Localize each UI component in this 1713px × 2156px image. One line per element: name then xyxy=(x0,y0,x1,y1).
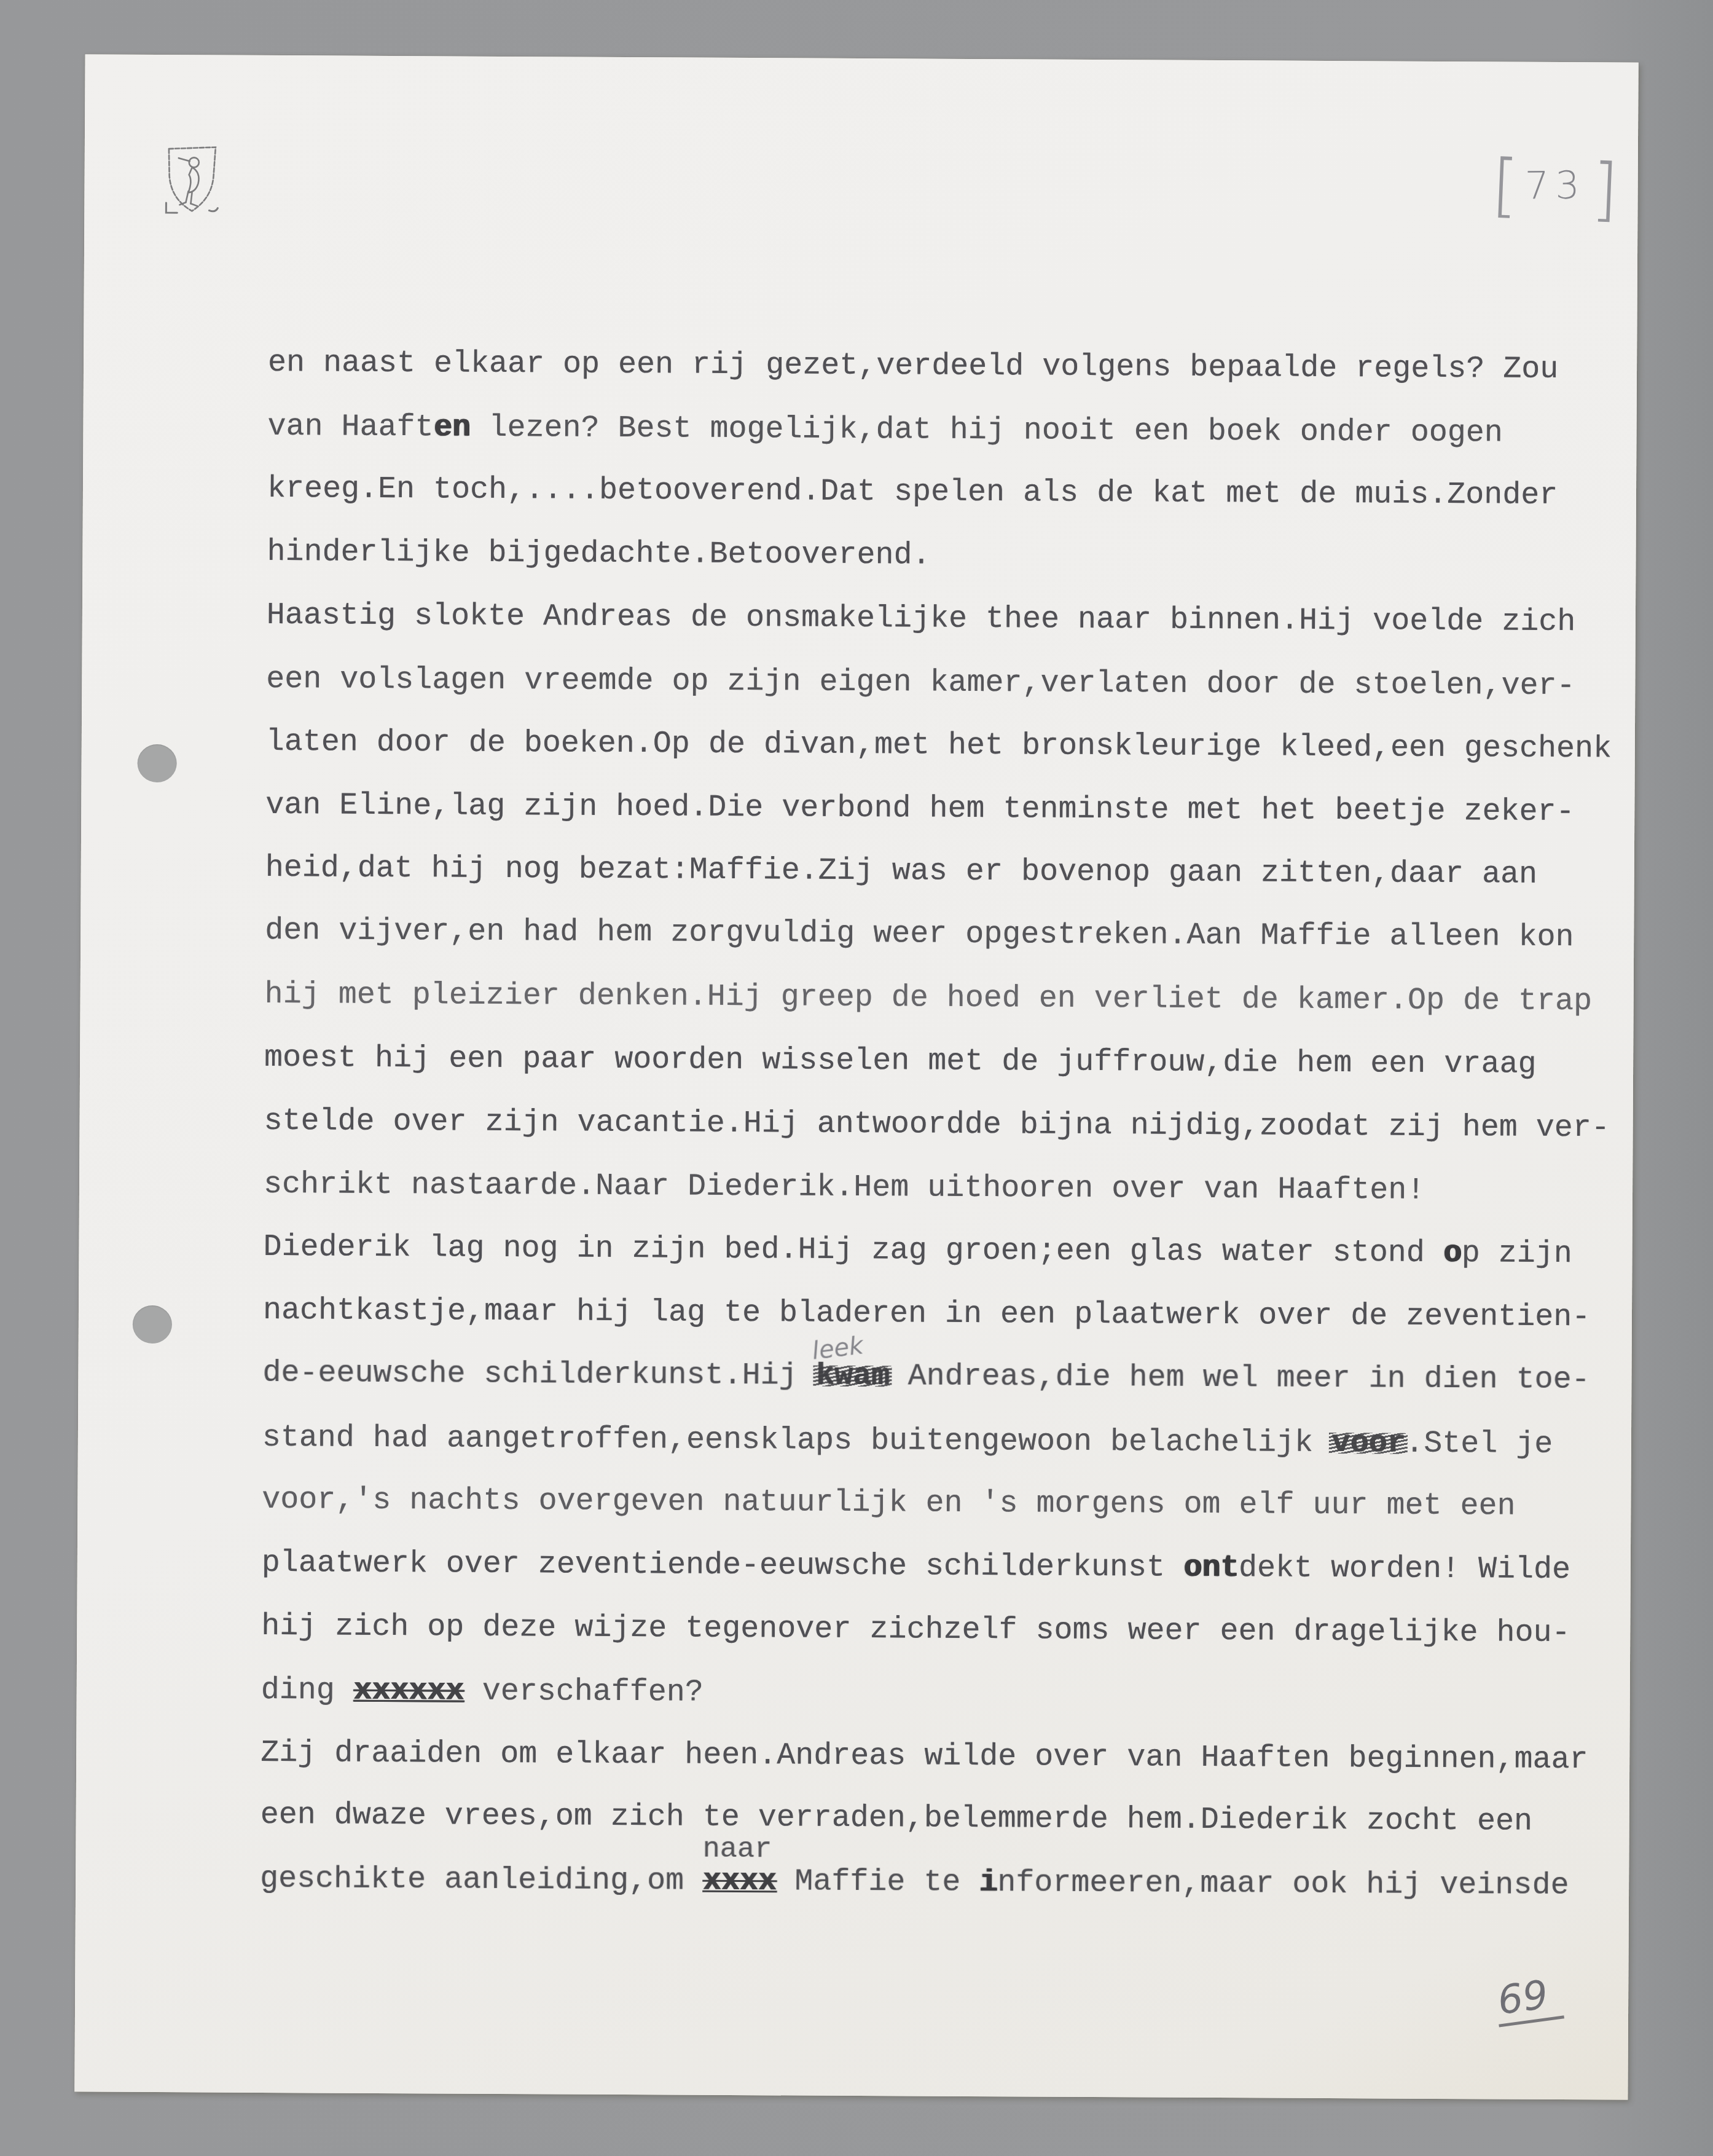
typescript-line: plaatwerk over zeventiende-eeuwsche schi… xyxy=(262,1532,1631,1602)
typescript-line: kreeg.En toch,....betooverend.Dat spelen… xyxy=(267,458,1637,528)
typescript-line: Diederik lag nog in zijn bed.Hij zag gro… xyxy=(263,1216,1633,1286)
typescript-line: van Haaften lezen? Best mogelijk,dat hij… xyxy=(267,396,1637,466)
typescript-text: stelde over zijn vacantie.Hij antwoordde… xyxy=(264,1104,1610,1146)
typescript-text: van Haaft xyxy=(267,409,433,445)
typescript-text: dekt worden! Wilde xyxy=(1239,1551,1570,1587)
overtyped-text: en xyxy=(433,410,470,445)
typescript-line: voor,'s nachts overgeven natuurlijk en '… xyxy=(262,1469,1631,1539)
typescript-text: een volslagen vreemde op zijn eigen kame… xyxy=(266,662,1575,704)
pencil-correction: leek xyxy=(809,1314,867,1383)
typescript-text: moest hij een paar woorden wisselen met … xyxy=(264,1041,1537,1082)
typescript-line: een volslagen vreemde op zijn eigen kame… xyxy=(266,648,1636,718)
typescript-line: hinderlijke bijgedachte.Betooverend. xyxy=(267,521,1636,591)
typescript-line: ding xxxxxx verschaffen? xyxy=(261,1659,1630,1729)
typed-insertion: naar xyxy=(702,1819,772,1882)
typescript-text: den vijver,en had hem zorgvuldig weer op… xyxy=(265,913,1574,955)
typescript-text: voor,'s nachts overgeven natuurlijk en '… xyxy=(262,1482,1516,1524)
typescript-text: hij zich op deze wijze tegenover zichzel… xyxy=(261,1609,1570,1651)
typescript-line: hij zich op deze wijze tegenover zichzel… xyxy=(261,1595,1631,1666)
page-number-annotation: [ 73 ] xyxy=(1490,151,1620,224)
typescript-line: stelde over zijn vacantie.Hij antwoordde… xyxy=(264,1090,1633,1160)
typescript-text: nformeeren,maar ook hij veinsde xyxy=(997,1865,1569,1903)
typescript-text: verschaffen? xyxy=(464,1674,704,1710)
typescript-line: een dwaze vrees,om zich te verraden,bele… xyxy=(260,1784,1629,1854)
typescript-text: schrikt nastaarde.Naar Diederik.Hem uith… xyxy=(264,1167,1425,1208)
overtyped-text: o xyxy=(1443,1236,1462,1271)
typescript-text: een dwaze vrees,om zich te verraden,bele… xyxy=(261,1798,1533,1839)
typescript-line: stand had aangetroffen,eensklaps buiteng… xyxy=(262,1406,1632,1476)
typescript-text: hinderlijke bijgedachte.Betooverend. xyxy=(267,535,930,573)
typescript-text: Haastig slokte Andreas de onsmakelijke t… xyxy=(267,598,1576,640)
typescript-text: plaatwerk over zeventiende-eeuwsche schi… xyxy=(262,1546,1184,1586)
scribbled-out-word: voor xyxy=(1331,1412,1406,1476)
punch-hole-top xyxy=(137,744,176,782)
typescript-page: [ 73 ] en naast elkaar op een rij gezet,… xyxy=(74,54,1638,2099)
typescript-text: ding xyxy=(261,1673,353,1709)
typescript-text: heid,dat hij nog bezat:Maffie.Zij was er… xyxy=(265,851,1538,892)
typescript-line: laten door de boeken.Op de divan,met het… xyxy=(266,711,1636,781)
overtyped-text: i xyxy=(979,1865,997,1900)
typescript-line: van Eline,lag zijn hoed.Die verbond hem … xyxy=(265,774,1635,844)
typescript-text: geschikte aanleiding,om xyxy=(260,1862,702,1899)
heraldic-bird-shield-stamp-icon xyxy=(161,144,221,217)
typescript-text: nachtkastje,maar hij lag te bladeren in … xyxy=(263,1293,1591,1335)
page-number-close-bracket: ] xyxy=(1590,154,1620,224)
punch-hole-bottom xyxy=(133,1305,172,1344)
typescript-text: hij met pleizier denken.Hij greep de hoe… xyxy=(265,977,1593,1019)
typescript-line: den vijver,en had hem zorgvuldig weer op… xyxy=(265,900,1634,970)
typescript-text: Maffie te xyxy=(776,1864,979,1900)
page-number-open-bracket: [ xyxy=(1490,151,1519,221)
typescript-text: de-eeuwsche schilderkunst.Hij xyxy=(262,1356,815,1394)
x-struck-word: xxxxnaar xyxy=(702,1851,777,1914)
sheet-number-annotation: 69 xyxy=(1492,1970,1564,2028)
x-struck-word: xxxxxx xyxy=(353,1659,465,1723)
scribbled-out-word: kwamleek xyxy=(815,1345,890,1408)
typescript-line: en naast elkaar op een rij gezet,verdeel… xyxy=(268,332,1637,402)
typescript-line: geschikte aanleiding,om xxxxnaar Maffie … xyxy=(260,1848,1629,1918)
typescript-text: van Eline,lag zijn hoed.Die verbond hem … xyxy=(265,788,1575,830)
typescript-line: de-eeuwsche schilderkunst.Hij kwamleek A… xyxy=(262,1342,1632,1412)
typescript-text: stand had aangetroffen,eensklaps buiteng… xyxy=(262,1420,1332,1460)
typescript-text: .Stel je xyxy=(1405,1426,1553,1462)
typescript-line: nachtkastje,maar hij lag te bladeren in … xyxy=(263,1280,1633,1350)
typescript-text: en naast elkaar op een rij gezet,verdeel… xyxy=(268,345,1559,387)
overtyped-text: ont xyxy=(1183,1551,1239,1586)
scanned-page-background: [ 73 ] en naast elkaar op een rij gezet,… xyxy=(0,0,1713,2156)
typescript-lines: en naast elkaar op een rij gezet,verdeel… xyxy=(260,332,1637,1919)
page-number-value: 73 xyxy=(1518,162,1592,208)
typescript-line: heid,dat hij nog bezat:Maffie.Zij was er… xyxy=(265,837,1634,907)
typescript-line: moest hij een paar woorden wisselen met … xyxy=(264,1027,1634,1097)
typescript-text: lezen? Best mogelijk,dat hij nooit een b… xyxy=(470,410,1503,450)
typescript-text: Andreas,die hem wel meer in dien toe- xyxy=(889,1359,1590,1398)
typescript-line: hij met pleizier denken.Hij greep de hoe… xyxy=(264,964,1634,1034)
typescript-text: Diederik lag nog in zijn bed.Hij zag gro… xyxy=(263,1230,1443,1271)
typescript-text: laten door de boeken.Op de divan,met het… xyxy=(266,725,1612,766)
typescript-line: schrikt nastaarde.Naar Diederik.Hem uith… xyxy=(264,1154,1633,1224)
typescript-text: Zij draaiden om elkaar heen.Andreas wild… xyxy=(261,1735,1588,1777)
typescript-line: Zij draaiden om elkaar heen.Andreas wild… xyxy=(261,1721,1630,1792)
typescript-line: Haastig slokte Andreas de onsmakelijke t… xyxy=(267,584,1636,655)
typescript-text: kreeg.En toch,....betooverend.Dat spelen… xyxy=(267,471,1558,513)
typescript-text: p zijn xyxy=(1462,1236,1572,1272)
